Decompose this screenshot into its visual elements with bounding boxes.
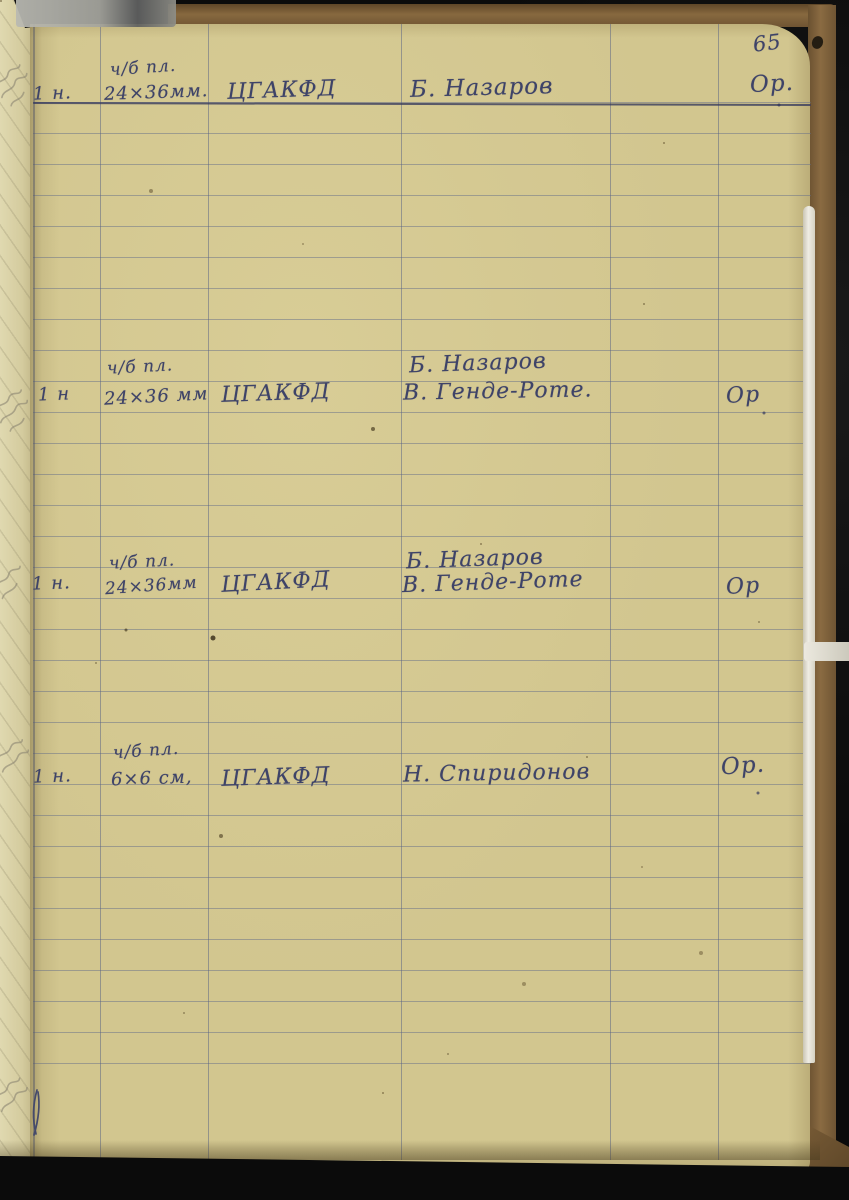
page-number: 65	[752, 31, 783, 55]
entry-3-quantity: 1 н.	[32, 574, 71, 593]
check-mark	[28, 1086, 50, 1140]
entry-1-author: Б. Назаров	[410, 75, 554, 102]
column-line-2	[208, 24, 209, 1160]
entry-2-status: Ор	[725, 384, 760, 408]
entry-1-size: 24×36мм.	[104, 82, 209, 104]
pencil-annotation	[0, 58, 34, 120]
entry-2-archive: ЦГАКФД	[221, 381, 331, 407]
entry-4-quantity: 1 н.	[33, 767, 72, 786]
paper-specks	[0, 0, 2, 2]
entry-4-size: 6×6 см,	[111, 769, 193, 790]
pencil-annotation	[0, 562, 34, 620]
entry-2-quantity: 1 н	[38, 385, 71, 404]
scanned-ledger-photo: 65 ч/б пл. 1 н. 24×36мм. ЦГАКФД Б. Назар…	[0, 0, 849, 1200]
entry-4-film-type: ч/б пл.	[112, 741, 179, 763]
entry-1-quantity: 1 н.	[33, 84, 72, 103]
entry-1-status: Ор.	[749, 72, 794, 97]
column-line-4	[610, 24, 611, 1160]
entry-3-film-type: ч/б пл.	[109, 552, 176, 572]
pencil-annotation	[0, 385, 34, 447]
entry-3-status: Ор	[725, 575, 760, 599]
column-line-1	[100, 24, 101, 1160]
entry-1-archive: ЦГАКФД	[227, 78, 337, 104]
underpage-white-edge	[803, 206, 815, 1063]
white-page-tab	[804, 642, 849, 661]
entry-1-film-type: ч/б пл.	[109, 58, 176, 80]
entry-2-film-type: ч/б пл.	[107, 357, 174, 377]
entry-3-archive: ЦГАКФД	[220, 569, 331, 597]
adhesive-tape	[16, 0, 176, 27]
page-bottom-shadow	[0, 1140, 820, 1160]
entry-2-author-top: Б. Назаров	[409, 351, 547, 378]
entry-4-status: Ор.	[720, 753, 765, 779]
entry-4-archive: ЦГАКФД	[221, 765, 331, 791]
column-line-5	[718, 24, 719, 1160]
entry-2-author: В. Генде-Роте.	[403, 379, 593, 404]
pencil-annotation	[0, 735, 34, 793]
entry-4-author: Н. Спиридонов	[403, 761, 591, 786]
